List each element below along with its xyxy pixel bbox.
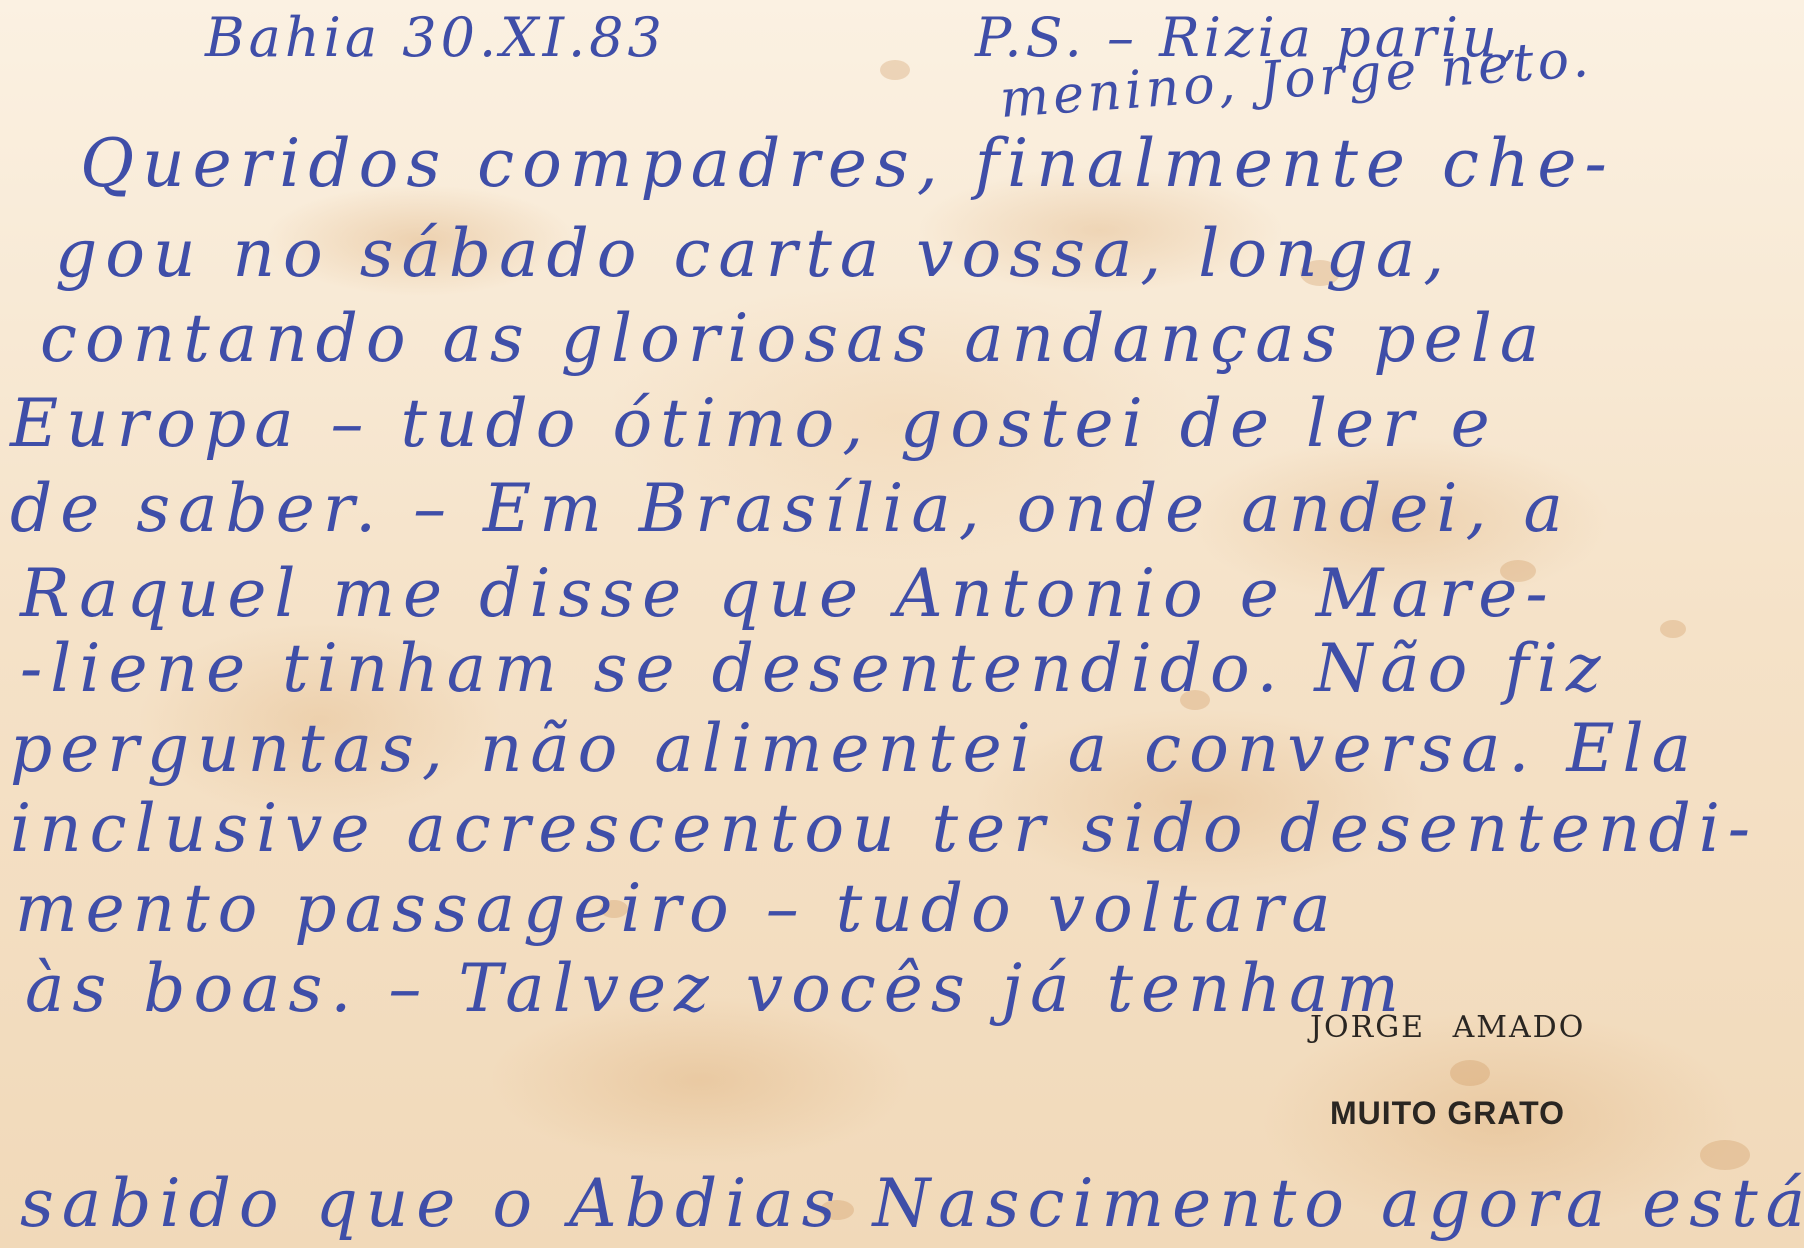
body-line: gou no sábado carta vossa, longa,	[55, 215, 1452, 292]
date-line: Bahia 30.XI.83	[205, 6, 666, 69]
body-line: Raquel me disse que Antonio e Mare-	[20, 555, 1556, 632]
body-line: perguntas, não alimentei a conversa. Ela	[10, 710, 1699, 787]
card-paper: Bahia 30.XI.83 P.S. – Rizia pariu, menin…	[0, 0, 1804, 1248]
body-line: mento passageiro – tudo voltara	[15, 870, 1339, 947]
body-line: às boas. – Talvez vocês já tenham	[25, 950, 1407, 1027]
body-line: inclusive acrescentou ter sido desentend…	[10, 790, 1758, 867]
body-line: Queridos compadres, finalmente che-	[80, 125, 1615, 202]
body-line: de saber. – Em Brasília, onde andei, a	[10, 470, 1571, 547]
stain-speck	[1660, 620, 1686, 638]
printed-name: JORGE AMADO	[1310, 1010, 1585, 1045]
body-line: sabido que o Abdias Nascimento agora est…	[20, 1165, 1804, 1242]
body-line: -liene tinham se desentendido. Não fiz	[20, 630, 1609, 707]
stain-speck	[880, 60, 910, 80]
body-line: contando as gloriosas andanças pela	[40, 300, 1547, 377]
body-line: Europa – tudo ótimo, gostei de ler e	[10, 385, 1498, 462]
stain-speck	[1450, 1060, 1490, 1086]
printed-thanks: MUITO GRATO	[1330, 1095, 1565, 1132]
